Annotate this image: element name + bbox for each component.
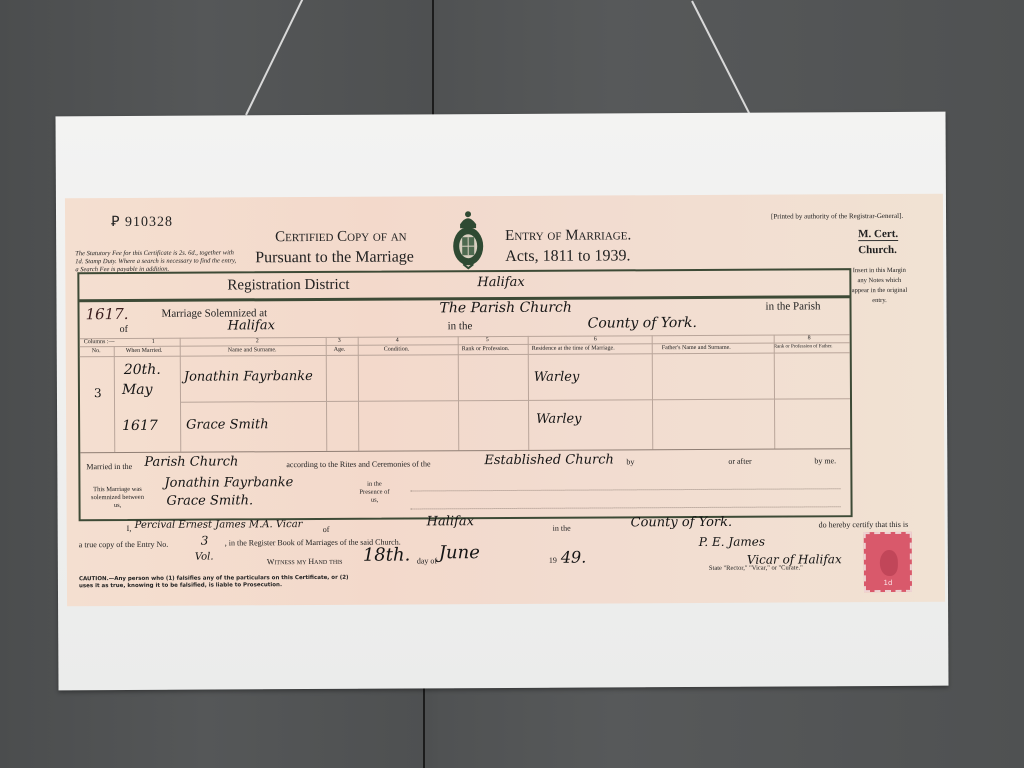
signature-bride: Grace Smith.	[166, 493, 253, 508]
margin-note: Insert in this Margin any Notes which ap…	[851, 266, 907, 306]
column-number: 3	[338, 338, 341, 344]
witness-label: Witness my Hand this	[267, 557, 343, 566]
cert-county: County of York.	[631, 515, 733, 531]
cert-name: Percival Ernest James M.A. Vicar	[135, 519, 303, 531]
true-copy-number: 3	[201, 534, 209, 548]
married-in-label: Married in the	[86, 462, 132, 471]
title-left-line1: Certified Copy of an	[275, 229, 407, 247]
entry-date-month: May	[122, 382, 153, 398]
column-header: When Married.	[126, 348, 163, 354]
solemnized-between-label: This Marriage was solemnized between us,	[88, 486, 146, 510]
printed-by-note: [Printed by authority of the Registrar-G…	[771, 212, 903, 221]
row-divider	[180, 398, 850, 403]
column-header: Condition.	[384, 347, 410, 353]
rites-value: Established Church	[484, 452, 614, 468]
in-the-parish-label: in the Parish	[765, 300, 820, 312]
form-type: Church.	[858, 244, 897, 256]
bride-residence: Warley	[536, 412, 581, 427]
king-portrait-icon	[880, 550, 898, 576]
wall-seam-top	[432, 0, 434, 115]
year-suffix: 49.	[561, 548, 587, 567]
by-me-label: by me.	[814, 456, 836, 465]
column-header: Rank or Profession.	[462, 346, 510, 352]
vol-value: Vol.	[195, 552, 214, 563]
stamp-value: 1d	[866, 579, 910, 587]
entry-date-year: 1617	[122, 418, 158, 434]
column-number: 6	[594, 337, 597, 343]
by-label: by	[626, 457, 634, 466]
of-value: Halifax	[228, 318, 275, 333]
cert-hereby: do hereby certify that this is	[819, 520, 909, 529]
column-header-no: No.	[92, 348, 101, 354]
entry-year: 1617.	[85, 305, 128, 323]
entry-frame: Registration District Halifax 1617. Marr…	[77, 268, 852, 521]
groom-name: Jonathin Fayrbanke	[184, 369, 313, 385]
serial-number: Ꝑ 910328	[111, 214, 173, 231]
presence-label: in the Presence of us,	[356, 481, 392, 505]
witness-line	[411, 506, 841, 509]
rites-label: according to the Rites and Ceremonies of…	[286, 459, 430, 469]
cert-in-the: in the	[553, 524, 571, 533]
signature-vicar: P. E. James	[699, 535, 765, 549]
cert-place: Halifax	[427, 514, 474, 529]
row-divider	[80, 448, 850, 453]
entry-date-day: 20th.	[124, 362, 161, 378]
cert-of-label: of	[323, 525, 330, 534]
column-number: 4	[396, 338, 399, 344]
signature-groom: Jonathin Fayrbanke	[164, 475, 293, 491]
column-header: Father's Name and Surname.	[662, 345, 731, 351]
true-copy-label: a true copy of the Entry No.	[79, 540, 169, 549]
column-number: 2	[256, 338, 259, 344]
entry-number: 3	[94, 386, 102, 400]
title-right-line2: Acts, 1811 to 1939.	[505, 247, 630, 266]
royal-coat-of-arms-icon	[451, 208, 485, 270]
cert-i-label: I,	[127, 524, 132, 533]
title-right-line1: Entry of Marriage.	[505, 227, 631, 245]
witness-month: June	[439, 542, 480, 563]
column-header: Age.	[334, 347, 346, 353]
registration-district-value: Halifax	[477, 275, 524, 290]
of-label: of	[120, 324, 128, 335]
title-left-line2: Pursuant to the Marriage	[255, 248, 414, 267]
or-after-label: or after	[728, 457, 751, 466]
witness-day: 18th.	[363, 544, 411, 565]
hanging-wire-right	[691, 1, 751, 116]
bride-name: Grace Smith	[186, 417, 269, 432]
groom-residence: Warley	[534, 370, 579, 385]
caution-note: CAUTION.—Any person who (1) falsifies an…	[79, 575, 349, 590]
form-code: M. Cert.	[858, 228, 898, 241]
divider	[80, 334, 850, 339]
solemnized-value: The Parish Church	[439, 300, 571, 317]
column-header: Residence at the time of Marriage.	[532, 345, 615, 351]
registration-district-label: Registration District	[227, 277, 349, 295]
hanging-wire-left	[245, 0, 306, 115]
state-label: State "Rector," "Vicar," or "Curate."	[709, 564, 803, 571]
postage-stamp: 1d	[864, 532, 912, 592]
column-divider	[114, 346, 116, 452]
witness-line	[410, 488, 840, 491]
column-number: 5	[486, 337, 489, 343]
county-value: County of York.	[588, 315, 697, 332]
column-number: 8	[808, 335, 811, 341]
column-header: Name and Surname.	[228, 347, 277, 353]
day-of-label: day of	[417, 556, 437, 565]
columns-label: Columns :—	[84, 339, 115, 345]
wall-seam-bottom	[423, 688, 425, 768]
column-header: Rank or Profession of Father.	[774, 344, 833, 349]
divider	[80, 352, 850, 357]
year-prefix: 19	[549, 556, 557, 565]
column-number: 1	[152, 339, 155, 345]
in-the-label: in the	[448, 320, 473, 332]
married-in-value: Parish Church	[144, 454, 238, 469]
marriage-certificate: Ꝑ 910328 The Statutory Fee for this Cert…	[65, 194, 945, 607]
